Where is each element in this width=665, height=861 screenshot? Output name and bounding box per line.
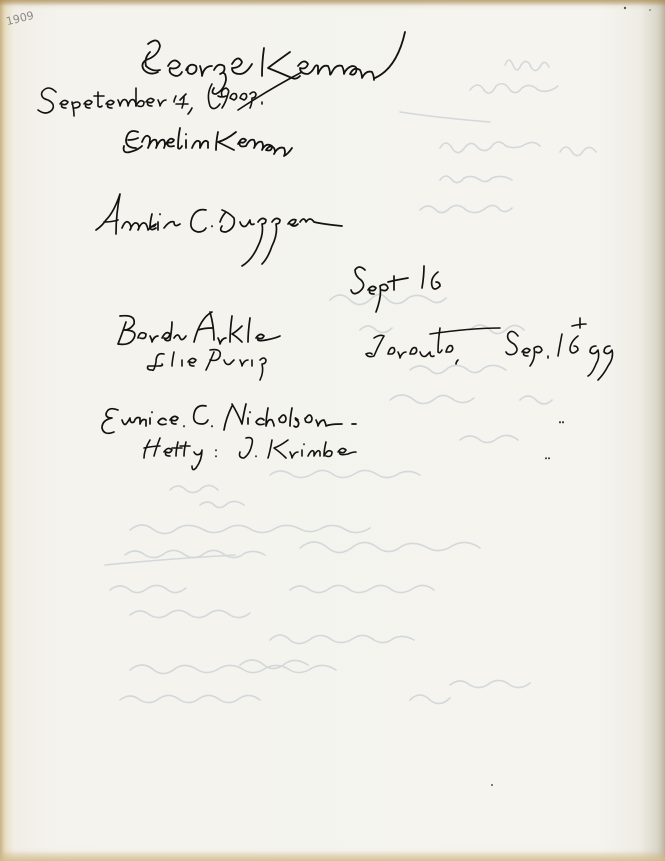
- paper-specks: [491, 7, 651, 786]
- album-page: 1909: [0, 0, 665, 861]
